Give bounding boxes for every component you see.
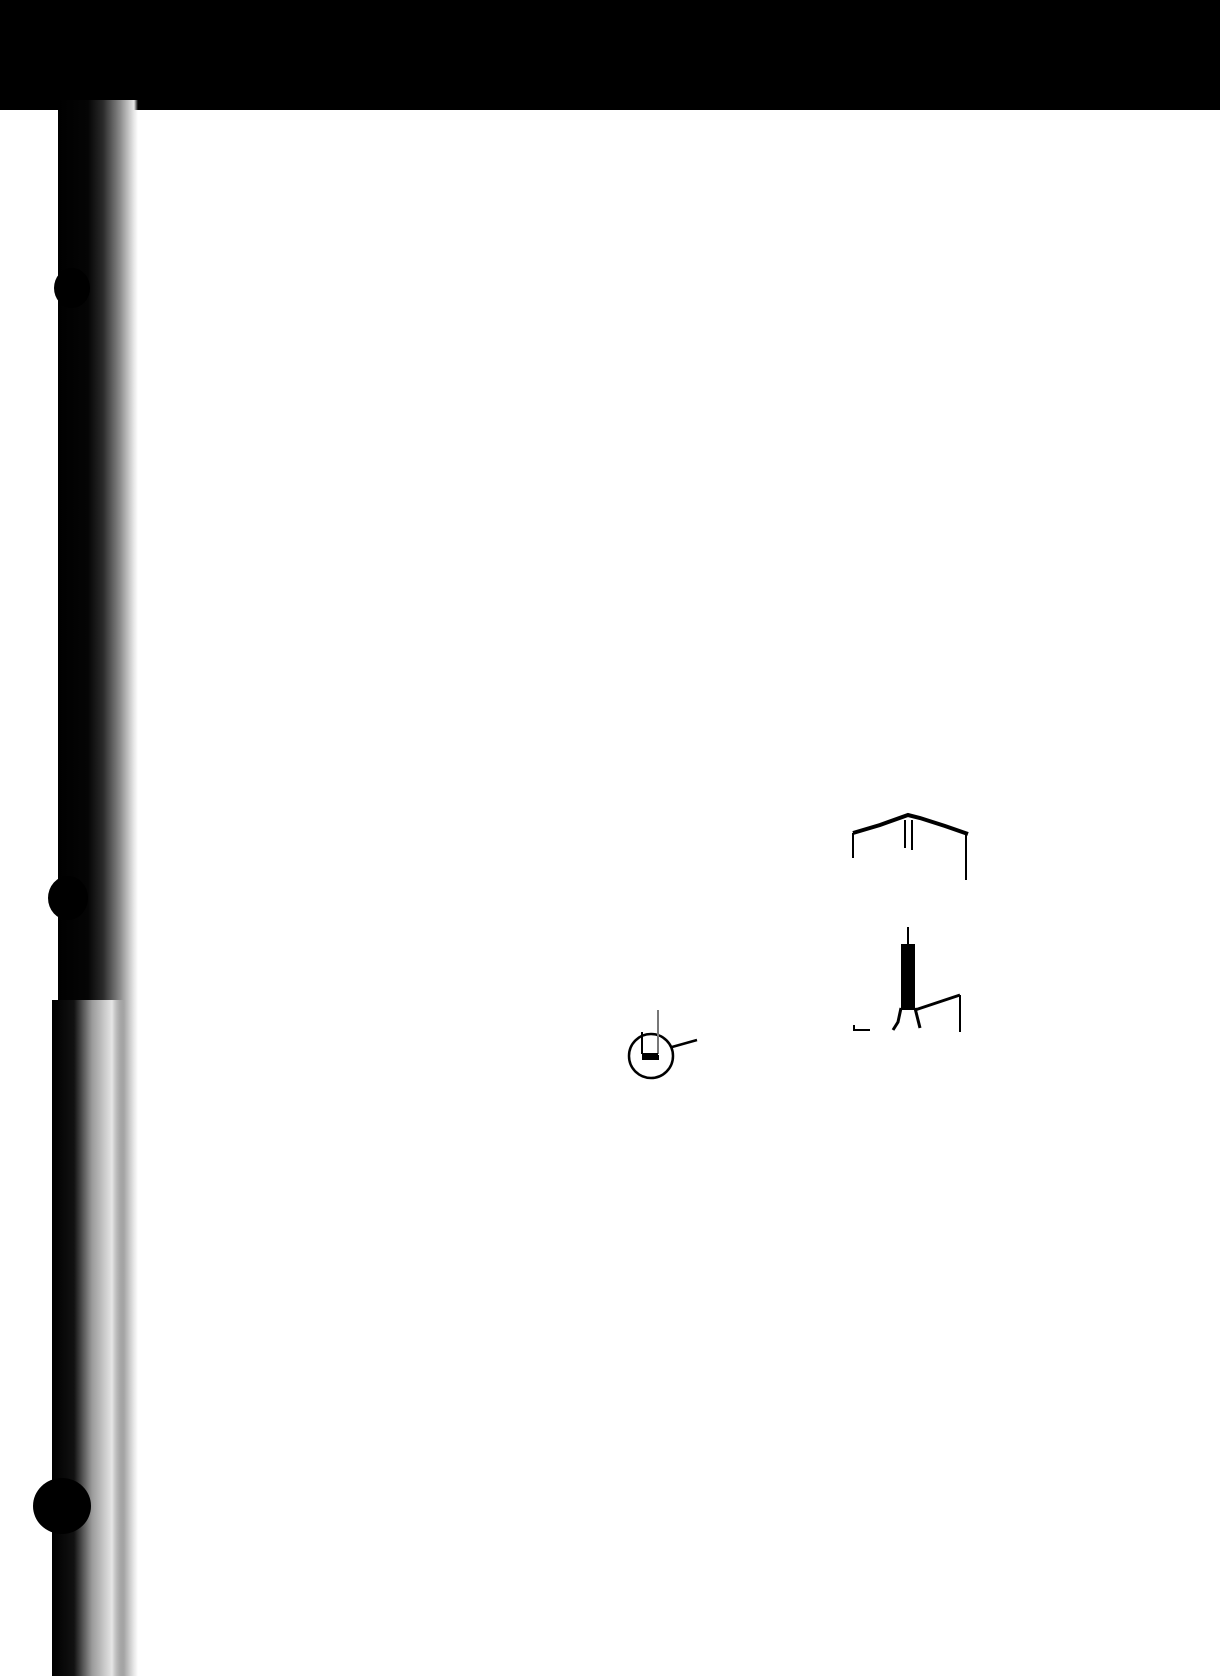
roof-outline-drawing bbox=[853, 815, 968, 880]
diagram-fragments bbox=[0, 0, 1220, 1676]
post-bracket-drawing bbox=[854, 927, 960, 1032]
circle-symbol-drawing bbox=[629, 1010, 697, 1078]
